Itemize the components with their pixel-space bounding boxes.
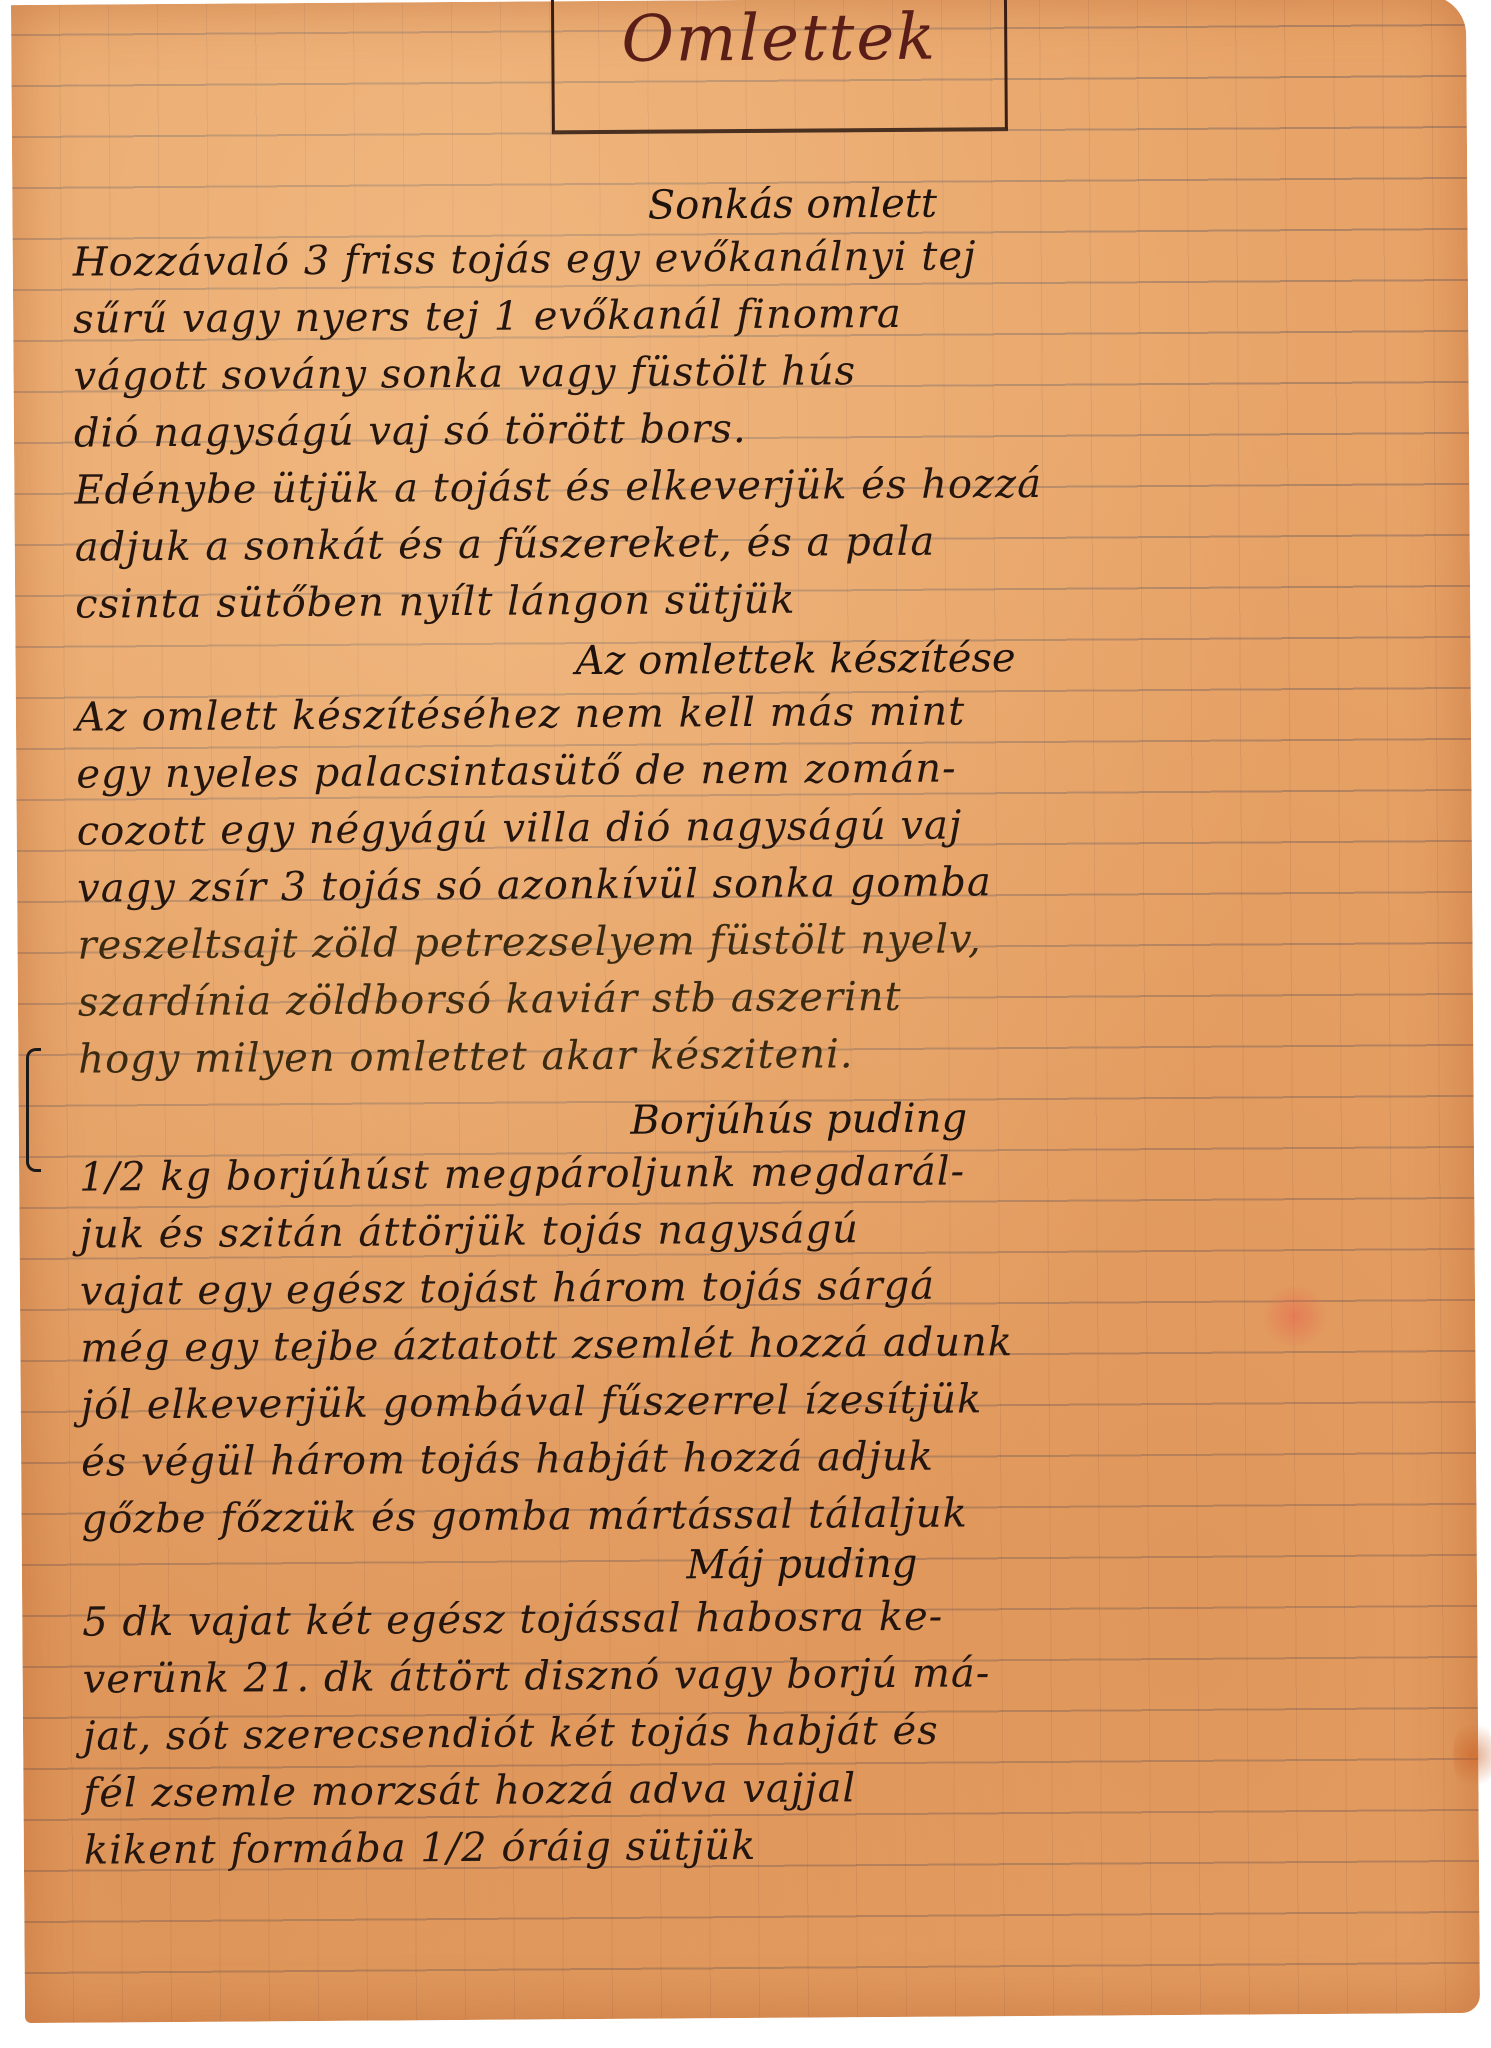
recipe-line: 5 dk vajat két egész tojással habosra ke… [82,1585,1482,1652]
recipe-sonkas-omlett: Sonkás omlett Hozzávaló 3 friss tojás eg… [72,175,1475,634]
recipe-line: adjuk a sonkát és a fűszereket, és a pal… [75,510,1475,577]
recipe-line: juk és szitán áttörjük tojás nagyságú [79,1197,1479,1264]
stain-mark [1260,1286,1330,1346]
recipe-line: egy nyeles palacsintasütő de nem zomán- [76,737,1476,804]
recipe-line: jat, sót szerecsendiót két tojás habját … [83,1699,1483,1766]
recipe-line: fél zsemle morzsát hozzá adva vajjal [83,1756,1483,1823]
recipe-line: vagy zsír 3 tojás só azonkívül sonka gom… [77,851,1477,918]
recipe-line: cozott egy négyágú villa dió nagyságú va… [77,794,1477,861]
recipe-line: hogy milyen omlettet akar késziteni. [78,1022,1478,1089]
recipe-line: vágott sovány sonka vagy füstölt hús [73,339,1473,406]
recipe-line: verünk 21. dk áttört disznó vagy borjú m… [82,1642,1482,1709]
recipe-page: Omlettek Sonkás omlett Hozzávaló 3 friss… [11,0,1480,2023]
recipe-line: Az omlett készítéséhez nem kell más mint [76,680,1476,747]
title-box: Omlettek [551,0,1008,134]
recipe-omlettek-keszitese: Az omlettek készítése Az omlett készítés… [75,630,1478,1089]
recipe-line: dió nagyságú vaj só törött bors. [74,396,1474,463]
staple-mark-icon [26,1048,41,1172]
recipe-line: sűrű vagy nyers tej 1 evőkanál finomra [73,282,1473,349]
recipe-line: és végül három tojás habját hozzá adjuk [81,1425,1481,1492]
recipe-line: 1/2 kg borjúhúst megpároljunk megdarál- [79,1140,1479,1207]
recipe-line: jól elkeverjük gombával fűszerrel ízesít… [81,1368,1481,1435]
recipe-line: csinta sütőben nyílt lángon sütjük [75,567,1475,634]
recipe-line: reszeltsajt zöld petrezselyem füstölt ny… [77,908,1477,975]
stain-mark [1453,1715,1491,1795]
page-title: Omlettek [554,0,1005,77]
recipe-line: kikent formába 1/2 óráig sütjük [84,1813,1484,1880]
recipe-maj-puding: Máj puding 5 dk vajat két egész tojással… [82,1535,1484,1880]
recipe-line: Hozzávaló 3 friss tojás egy evőkanálnyi … [73,225,1473,292]
recipe-line: Edénybe ütjük a tojást és elkeverjük és … [74,453,1474,520]
recipe-line: szardínia zöldborsó kaviár stb aszerint [78,965,1478,1032]
